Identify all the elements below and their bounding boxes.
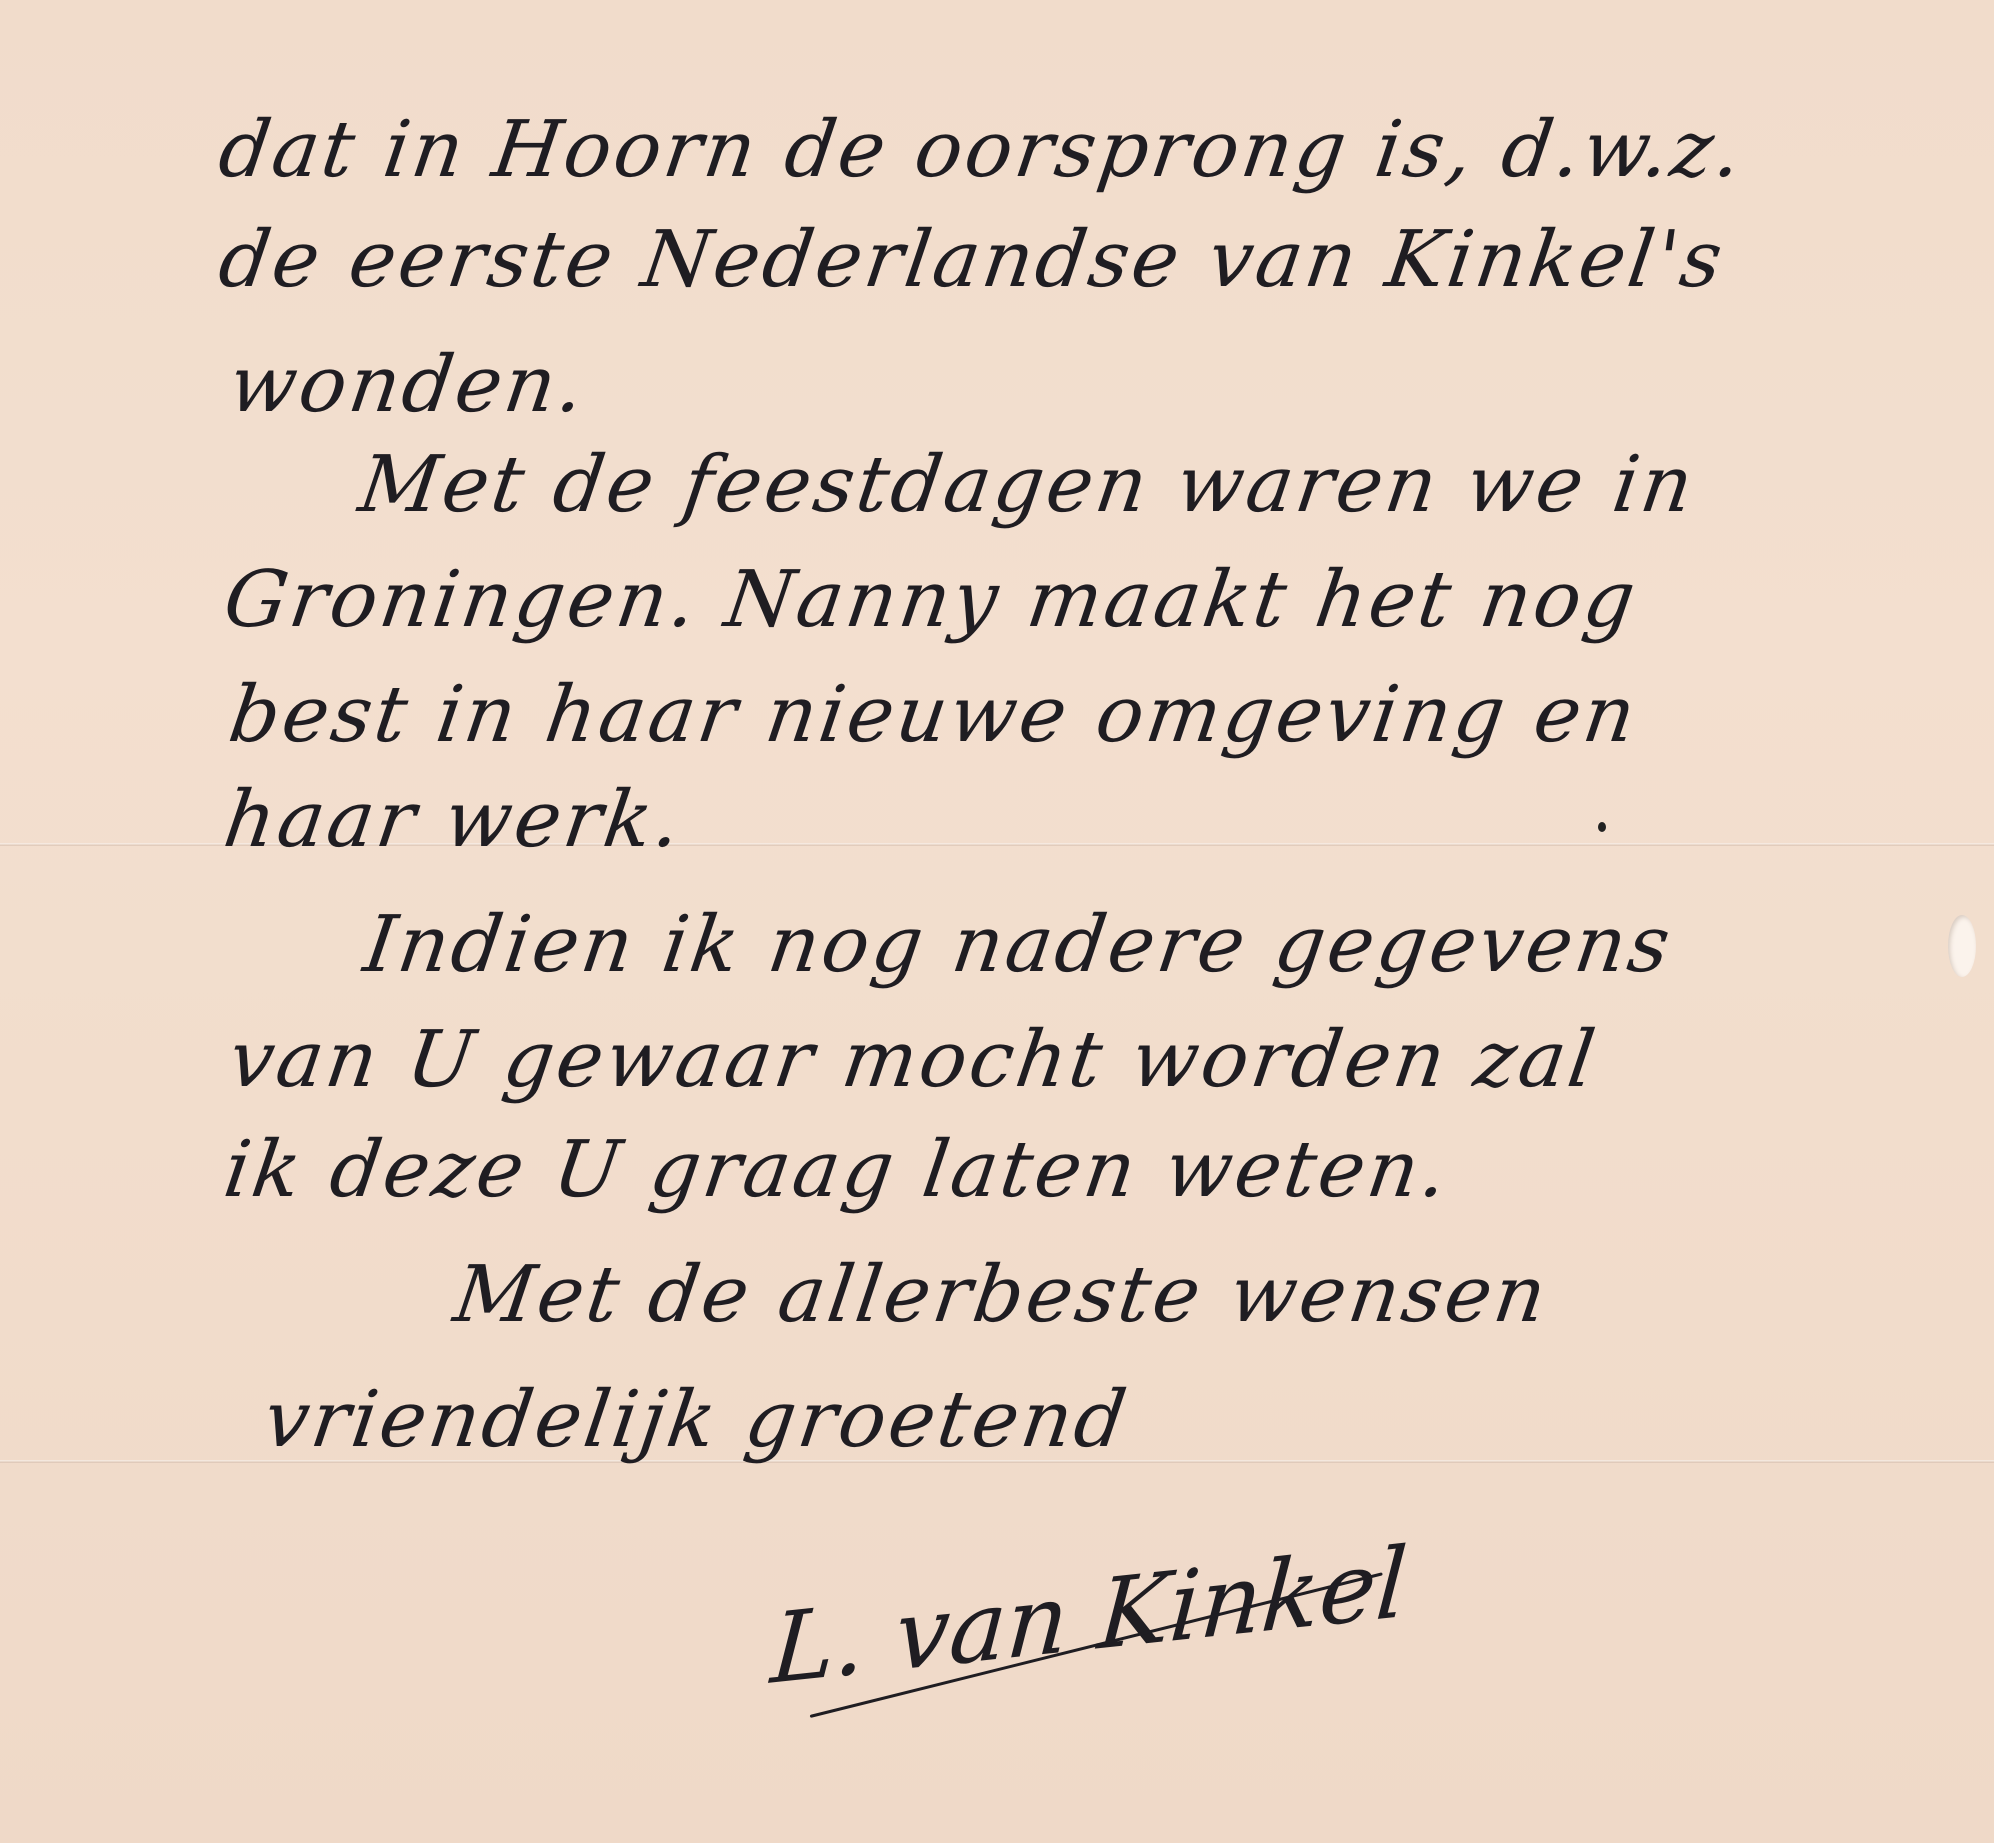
letter-line: best in haar nieuwe omgeving en: [224, 670, 1644, 760]
letter-line: Indien ik nog nadere gegevens: [359, 900, 1678, 990]
letter-line: van U gewaar mocht worden zal: [224, 1015, 1603, 1105]
letter-line: wonden.: [224, 340, 593, 430]
punch-hole: [1948, 915, 1976, 977]
letter-line: haar werk.: [219, 775, 689, 865]
letter-line: dat in Hoorn de oorsprong is, d.w.z.: [214, 105, 1750, 195]
letter-line: Met de feestdagen waren we in: [354, 440, 1701, 530]
closing-line: Met de allerbeste wensen: [449, 1250, 1555, 1340]
ink-spot: [1598, 822, 1606, 832]
letter-line: de eerste Nederlandse van Kinkel's: [214, 215, 1731, 305]
letter-line: ik deze U graag laten weten.: [219, 1125, 1456, 1215]
letter-line: Groningen. Nanny maakt het nog: [219, 555, 1644, 645]
letter-page: dat in Hoorn de oorsprong is, d.w.z. de …: [0, 0, 1994, 1843]
closing-greeting: vriendelijk groetend: [259, 1375, 1135, 1465]
signature: L. van Kinkel: [768, 1526, 1411, 1706]
